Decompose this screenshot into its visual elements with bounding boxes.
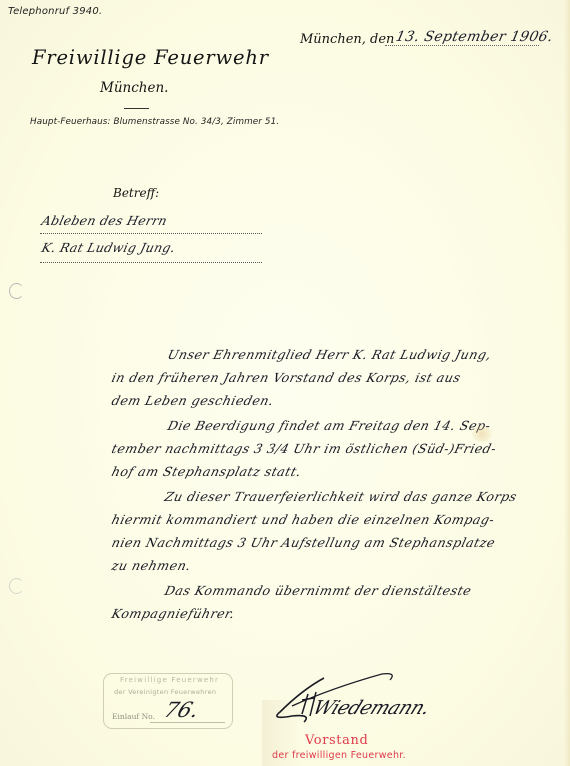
date-value: 13. September 1906. xyxy=(394,29,554,45)
page-edge-shadow xyxy=(564,0,570,766)
body-line: Kompagnieführer. xyxy=(110,606,237,621)
organization-city: München. xyxy=(100,80,168,96)
organization-name: Freiwillige Feuerwehr xyxy=(32,46,269,69)
subject-label: Betreff: xyxy=(113,186,159,200)
date-dotted-line xyxy=(385,45,539,46)
receipt-stamp-label: Einlauf No. xyxy=(112,712,155,721)
body-line: tember nachmittags 3 3/4 Uhr im östliche… xyxy=(110,441,498,456)
body-line: dem Leben geschieden. xyxy=(110,393,275,408)
punch-hole-icon xyxy=(9,283,24,299)
body-line: hiermit kommandiert und haben die einzel… xyxy=(110,512,496,527)
telephone-number: Telephonruf 3940. xyxy=(8,6,102,17)
body-line: Zu dieser Trauerfeierlichkeit wird das g… xyxy=(163,489,519,504)
paper-stain xyxy=(472,426,492,442)
body-line: nien Nachmittags 3 Uhr Aufstellung am St… xyxy=(110,535,497,550)
subject-dotted-line-2 xyxy=(40,262,262,263)
letterhead-divider xyxy=(124,108,149,109)
letter-page: Telephonruf 3940. Freiwillige Feuerwehr … xyxy=(0,0,570,766)
receipt-stamp-line-2: der Vereinigten Feuerwehren xyxy=(114,688,216,696)
organization-address: Haupt-Feuerhaus: Blumenstrasse No. 34/3,… xyxy=(30,117,279,127)
body-line: hof am Stephansplatz statt. xyxy=(110,464,303,479)
subject-line-1: Ableben des Herrn xyxy=(40,213,169,228)
body-line: zu nehmen. xyxy=(110,558,193,573)
subject-line-2: K. Rat Ludwig Jung. xyxy=(40,240,177,255)
subject-dotted-line-1 xyxy=(40,233,262,234)
punch-hole-icon xyxy=(9,578,24,594)
signature-organization-stamp: der freiwilligen Feuerwehr. xyxy=(272,750,406,761)
body-line: in den früheren Jahren Vorstand des Korp… xyxy=(110,370,462,385)
receipt-stamp-line-1: Freiwillige Feuerwehr xyxy=(120,676,219,684)
body-line: Die Beerdigung findet am Freitag den 14.… xyxy=(166,418,492,433)
signature-title-stamp: Vorstand xyxy=(305,733,368,748)
body-line: Unser Ehrenmitglied Herr K. Rat Ludwig J… xyxy=(166,347,493,362)
body-line: Das Kommando übernimmt der dienstälteste xyxy=(163,583,473,598)
date-label: München, den xyxy=(300,32,394,47)
signature-name: Wiedemann. xyxy=(310,697,434,719)
receipt-stamp-rule xyxy=(150,722,225,723)
